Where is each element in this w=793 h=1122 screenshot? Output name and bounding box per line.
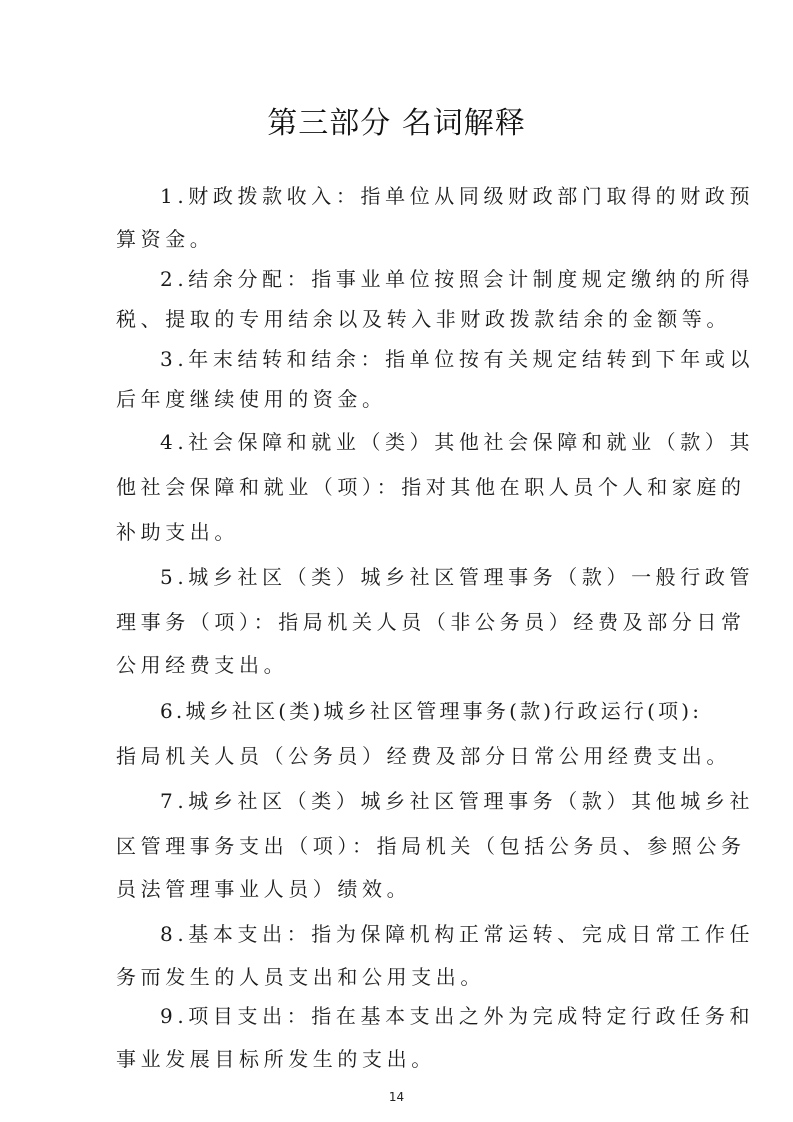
item-5-line-1: 5.城乡社区（类）城乡社区管理事务（款）一般行政管 [160,563,676,591]
item-2-line-2: 税、提取的专用结余以及转入非财政拨款结余的金额等。 [116,305,676,333]
item-5-line-2: 理事务（项）：指局机关人员（非公务员）经费及部分日常 [116,608,676,636]
item-8-line-1: 8.基本支出：指为保障机构正常运转、完成日常工作任 [160,920,676,948]
item-6-line-2: 指局机关人员（公务员）经费及部分日常公用经费支出。 [116,742,676,770]
page-title: 第三部分 名词解释 [0,98,793,142]
item-3-line-2: 后年度继续使用的资金。 [116,385,676,413]
item-7-line-2: 区管理事务支出（项）：指局机关（包括公务员、参照公务 [116,832,676,860]
item-4-line-1: 4.社会保障和就业（类）其他社会保障和就业（款）其 [160,428,676,456]
item-7-line-3: 员法管理事业人员）绩效。 [116,875,676,903]
item-9-line-1: 9.项目支出：指在基本支出之外为完成特定行政任务和 [160,1002,676,1030]
item-1-line-1: 1.财政拨款收入：指单位从同级财政部门取得的财政预 [160,182,676,210]
item-3-line-1: 3.年末结转和结余：指单位按有关规定结转到下年或以 [160,345,676,373]
item-6-line-1: 6.城乡社区(类)城乡社区管理事务(款)行政运行(项): [160,697,676,725]
item-1-line-2: 算资金。 [116,225,676,253]
item-4-line-3: 补助支出。 [116,518,676,546]
item-8-line-2: 务而发生的人员支出和公用支出。 [116,963,676,991]
item-7-line-1: 7.城乡社区（类）城乡社区管理事务（款）其他城乡社 [160,787,676,815]
item-5-line-3: 公用经费支出。 [116,651,676,679]
item-2-line-1: 2.结余分配：指事业单位按照会计制度规定缴纳的所得 [160,265,676,293]
page-number: 14 [0,1090,793,1104]
item-9-line-2: 事业发展目标所发生的支出。 [116,1045,676,1073]
item-4-line-2: 他社会保障和就业（项）：指对其他在职人员个人和家庭的 [116,473,676,501]
